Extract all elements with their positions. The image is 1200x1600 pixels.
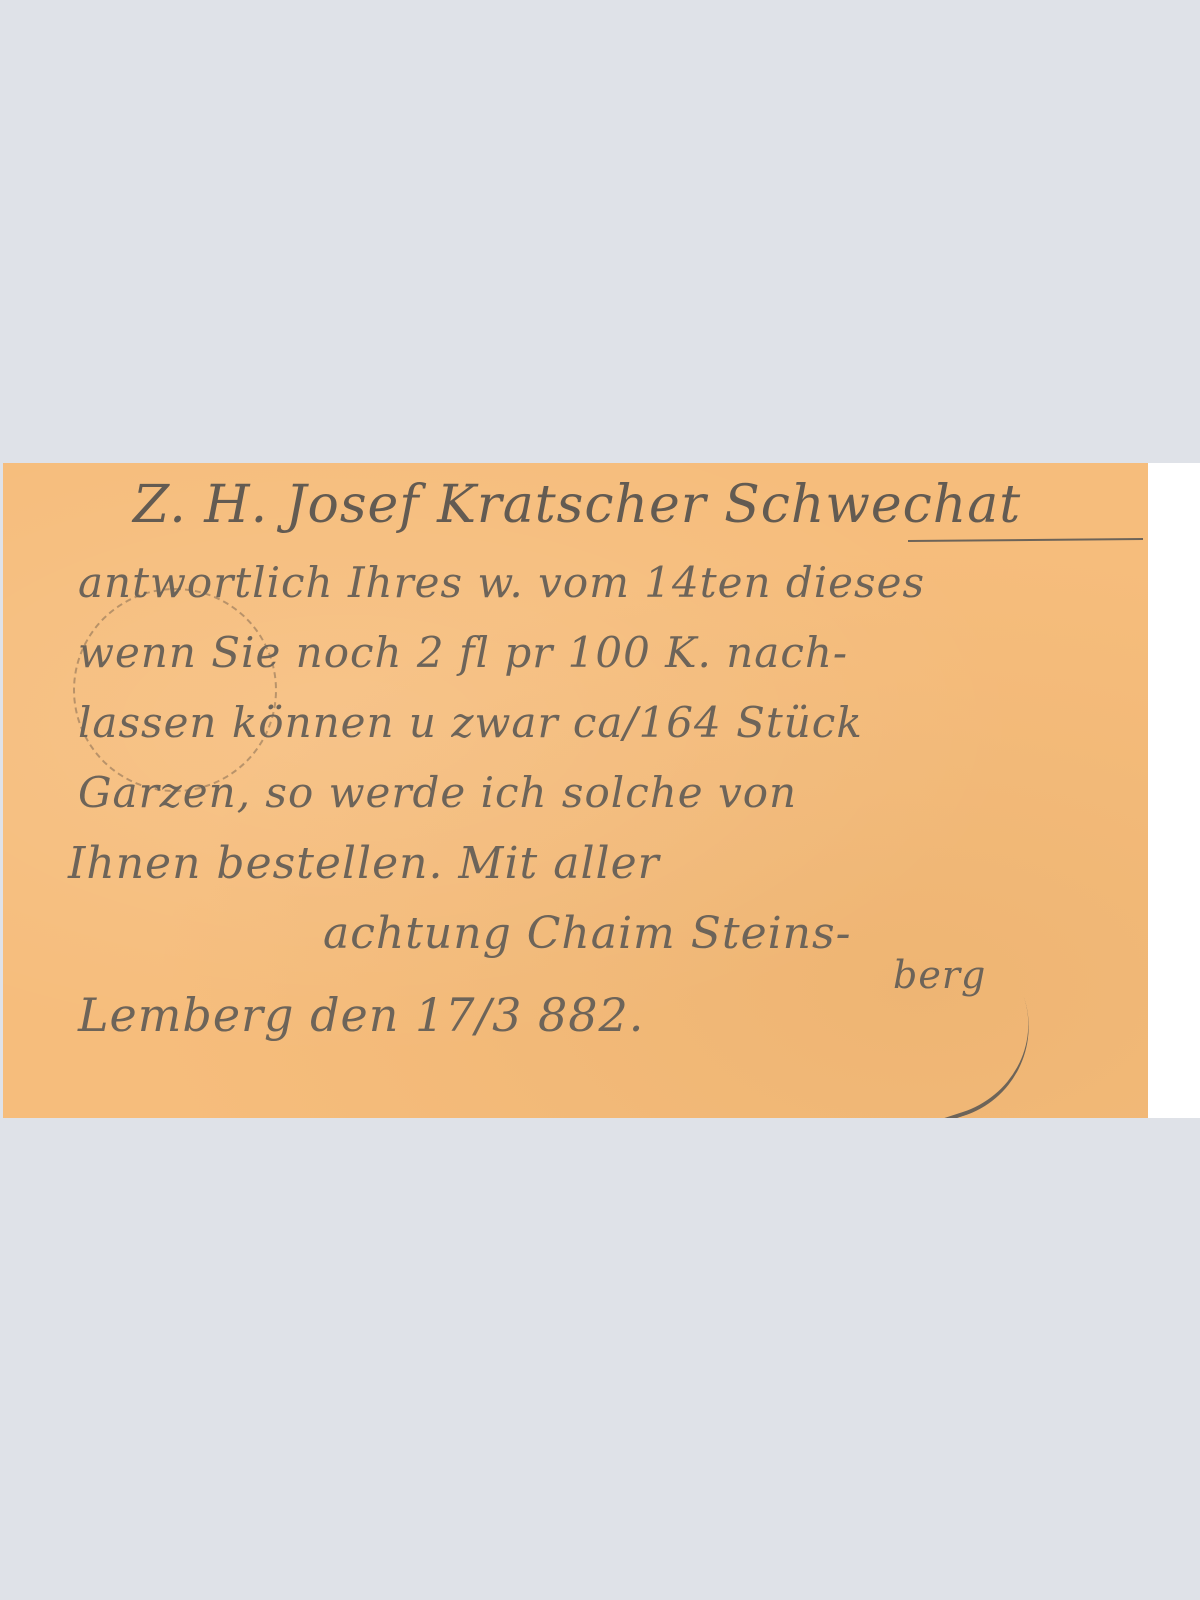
handwritten-line-2: antwortlich Ihres w. vom 14ten dieses xyxy=(78,558,925,607)
underline-schwechat xyxy=(908,538,1143,542)
handwritten-place-date: Lemberg den 17/3 882. xyxy=(78,988,644,1042)
handwritten-line-7-signature: achtung Chaim Steins- xyxy=(323,908,851,959)
handwritten-line-3: wenn Sie noch 2 fl pr 100 K. nach- xyxy=(78,628,848,677)
signature-flourish xyxy=(853,997,1053,1118)
handwritten-line-8-signature-end: berg xyxy=(893,953,986,997)
scanned-page: Z. H. Josef Kratscher Schwechat antwortl… xyxy=(3,463,1200,1118)
handwritten-line-1: Z. H. Josef Kratscher Schwechat xyxy=(133,475,1021,535)
postmark-stamp xyxy=(73,588,277,792)
postcard: Z. H. Josef Kratscher Schwechat antwortl… xyxy=(3,463,1148,1118)
handwritten-line-5: Garzen, so werde ich solche von xyxy=(78,768,797,817)
handwritten-line-4: lassen können u zwar ca/164 Stück xyxy=(78,698,863,747)
handwritten-line-6: Ihnen bestellen. Mit aller xyxy=(68,838,660,889)
